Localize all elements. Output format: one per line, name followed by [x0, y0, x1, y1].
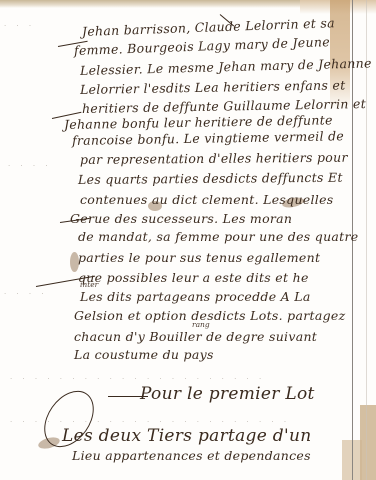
bleed-through: · · · · — [4, 290, 48, 298]
manuscript-line-9: Les quarts parties desdicts deffuncts Et — [78, 170, 343, 187]
manuscript-line-10: contenues au dict clement. Lesquelles — [80, 192, 334, 207]
manuscript-page: · · · · · · · · · · · · · · · · · · · · … — [0, 0, 376, 480]
paper-stain-top — [0, 0, 300, 8]
manuscript-line-21: Lieu appartenances et dependances — [72, 448, 311, 463]
interlinear-note: inter — [80, 280, 98, 289]
manuscript-line-18: La coustume du pays — [74, 347, 214, 362]
manuscript-line-15: Les dits partageans procedde A La — [80, 289, 311, 304]
bleed-through: · · · — [4, 22, 35, 30]
manuscript-line-13: parties le pour sus tenus egallement — [78, 250, 320, 265]
manuscript-line-20: Les deux Tiers partage d'un — [62, 426, 311, 446]
manuscript-line-3: Lelessier. Le mesme Jehan mary de Jehann… — [80, 55, 372, 78]
manuscript-line-4: Lelorrier l'esdits Lea heritiers enfans … — [80, 77, 346, 97]
manuscript-line-11: Gerue des sucesseurs. Les moran — [70, 211, 292, 226]
lot-heading: Pour le premier Lot — [140, 384, 315, 404]
bleed-through: · · · · · · · · · · · · · · · · · · · · … — [10, 375, 265, 383]
manuscript-line-8: par representation d'elles heritiers pou… — [80, 150, 348, 167]
bleed-through: · · · · — [8, 162, 52, 170]
manuscript-line-14: que possibles leur a este dits et he — [78, 270, 309, 285]
manuscript-line-12: de mandat, sa femme pour une des quatre — [78, 229, 358, 244]
manuscript-line-7: francoise bonfu. Le vingtieme vermeil de — [72, 128, 344, 148]
interlinear-note: rang — [192, 320, 210, 329]
margin-rule-faint — [366, 0, 367, 480]
manuscript-line-17: chacun d'y Bouiller de degre suivant — [74, 329, 317, 344]
paper-stain-bottom-right — [360, 405, 376, 480]
